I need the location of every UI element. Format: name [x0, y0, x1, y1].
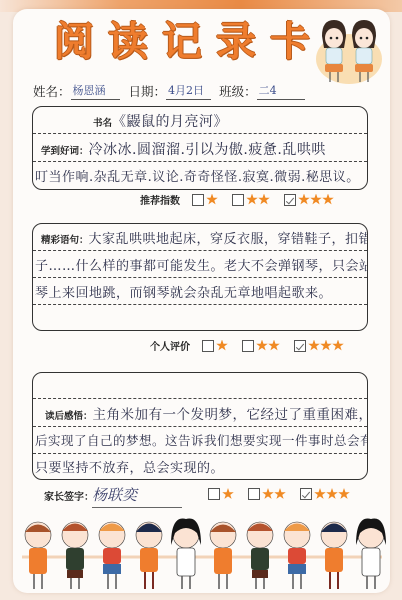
date-field[interactable]: 4月2日	[166, 82, 211, 100]
checkbox-checked[interactable]	[300, 488, 312, 500]
recommend-label: 推荐指数	[140, 192, 180, 207]
checkbox[interactable]	[202, 340, 214, 352]
sentences-field[interactable]: 大家乱哄哄地起床，穿反衣服，穿错鞋子，扣错扣	[89, 232, 367, 247]
checkbox[interactable]	[232, 194, 244, 206]
star-icon	[310, 194, 322, 206]
sentences-label: 精彩语句：	[41, 235, 89, 246]
personal-rating-label: 个人评价	[150, 338, 190, 353]
dashed-divider	[33, 133, 367, 134]
date-label: 日期：	[128, 82, 166, 100]
book-words-box: 书名《鼹鼠的月亮河》 学到好词：冷冰冰.圆溜溜.引以为傲.疲惫.乱哄哄 叮当作响…	[32, 106, 368, 190]
dashed-divider	[33, 304, 367, 305]
reflection-row: 读后感悟：主角米加有一个发明梦，它经过了重重困难，最	[45, 403, 367, 423]
star-icon	[258, 194, 270, 206]
star-icon	[216, 340, 228, 352]
star-icon	[308, 340, 320, 352]
dashed-divider	[33, 250, 367, 251]
rating-option-3-star[interactable]	[294, 340, 344, 352]
star-icon	[320, 340, 332, 352]
sentences-field-line3[interactable]: 琴上来回地跳，而钢琴就会杂乱无章地唱起歌来。	[35, 282, 367, 301]
star-icon	[274, 488, 286, 500]
reflection-field[interactable]: 主角米加有一个发明梦，它经过了重重困难，最	[93, 407, 367, 423]
star-icon	[322, 194, 334, 206]
name-label: 姓名：	[33, 82, 71, 100]
checkbox[interactable]	[242, 340, 254, 352]
rating-option-3-star[interactable]	[300, 488, 350, 500]
signature-label: 家长签字：	[44, 488, 94, 503]
rating-option-1-star[interactable]	[202, 340, 228, 352]
class-label: 班级：	[219, 82, 257, 100]
sentences-row: 精彩语句：大家乱哄哄地起床，穿反衣服，穿错鞋子，扣错扣	[41, 228, 367, 247]
dashed-divider	[33, 161, 367, 162]
signature-value: 杨联奕	[92, 486, 137, 504]
parent-rating	[208, 488, 360, 500]
book-label: 书名	[93, 118, 112, 129]
rating-option-2-star[interactable]	[248, 488, 286, 500]
book-title-row: 书名《鼹鼠的月亮河》	[93, 111, 367, 131]
dashed-divider	[33, 398, 367, 399]
sentences-field-line2[interactable]: 子……什么样的事都可能发生。老大不会弹钢琴，只会站在钢	[35, 255, 367, 274]
rating-option-2-star[interactable]	[232, 194, 270, 206]
parent-signature-field[interactable]: 杨联奕	[92, 484, 182, 508]
dashed-divider	[33, 277, 367, 278]
star-icon	[314, 488, 326, 500]
checkbox-checked[interactable]	[284, 194, 296, 206]
dashed-divider	[33, 426, 367, 427]
rating-option-1-star[interactable]	[192, 194, 218, 206]
name-field[interactable]: 杨恩涵	[71, 82, 121, 100]
reflection-field-line3[interactable]: 只要坚持不放弃，总会实现的。	[35, 457, 367, 476]
recommend-rating: 推荐指数	[140, 192, 344, 207]
star-icon	[298, 194, 310, 206]
reflection-box: 读后感悟：主角米加有一个发明梦，它经过了重重困难，最 后实现了自己的梦想。这告诉…	[32, 372, 368, 480]
checkbox[interactable]	[248, 488, 260, 500]
rating-option-1-star[interactable]	[208, 488, 234, 500]
words-label: 学到好词：	[41, 146, 89, 157]
title-char: 卡	[270, 18, 310, 66]
star-icon	[338, 488, 350, 500]
rating-option-3-star[interactable]	[284, 194, 334, 206]
checkbox[interactable]	[192, 194, 204, 206]
star-icon	[262, 488, 274, 500]
student-info-row: 姓名： 杨恩涵 日期： 4月2日 班级： 二4	[33, 80, 313, 100]
rating-option-2-star[interactable]	[242, 340, 280, 352]
dashed-divider	[33, 453, 367, 454]
page-title: 阅 读 记 录 卡	[54, 18, 310, 66]
words-field[interactable]: 冷冰冰.圆溜溜.引以为傲.疲惫.乱哄哄	[89, 142, 326, 158]
star-icon	[268, 340, 280, 352]
book-title-field[interactable]: 《鼹鼠的月亮河》	[112, 114, 228, 130]
title-char: 录	[216, 18, 256, 66]
words-row: 学到好词：冷冰冰.圆溜溜.引以为傲.疲惫.乱哄哄	[41, 139, 367, 159]
class-field[interactable]: 二4	[257, 82, 305, 100]
checkbox[interactable]	[208, 488, 220, 500]
star-icon	[246, 194, 258, 206]
star-icon	[326, 488, 338, 500]
reflection-label: 读后感悟：	[45, 411, 93, 422]
star-icon	[332, 340, 344, 352]
words-field-line2[interactable]: 叮当作响.杂乱无章.议论.奇奇怪怪.寂寞.微弱.秘思议。	[35, 166, 367, 185]
star-icon	[256, 340, 268, 352]
star-icon	[222, 488, 234, 500]
star-icon	[206, 194, 218, 206]
title-char: 记	[162, 18, 202, 66]
personal-rating: 个人评价	[150, 338, 354, 353]
twin-girls-illustration-icon	[314, 14, 384, 94]
sentences-box: 精彩语句：大家乱哄哄地起床，穿反衣服，穿错鞋子，扣错扣 子……什么样的事都可能发…	[32, 223, 368, 331]
title-char: 阅	[54, 18, 94, 66]
title-char: 读	[108, 18, 148, 66]
reflection-field-line2[interactable]: 后实现了自己的梦想。这告诉我们想要实现一件事时总会有困难，	[35, 431, 367, 449]
checkbox-checked[interactable]	[294, 340, 306, 352]
children-holding-hands-illustration-icon	[12, 515, 392, 593]
